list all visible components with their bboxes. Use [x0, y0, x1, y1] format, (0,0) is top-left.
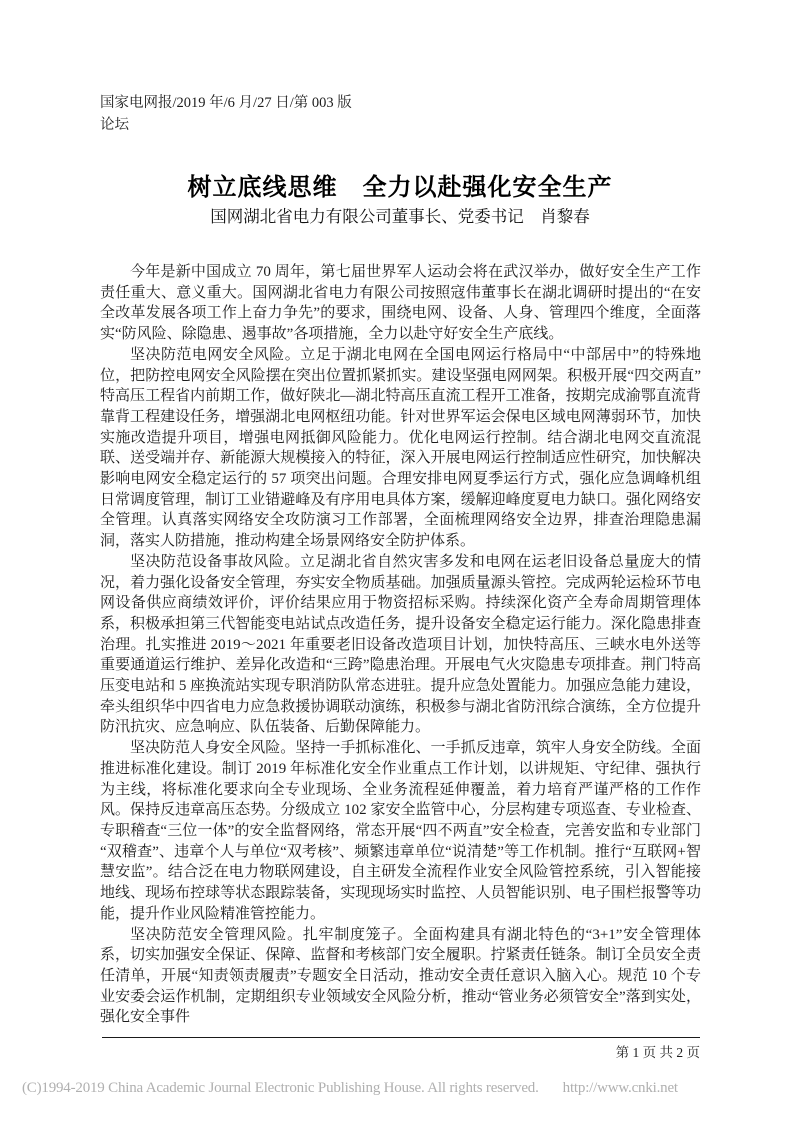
copyright-notice: (C)1994-2019 China Academic Journal Elec…: [22, 1080, 782, 1097]
masthead: 国家电网报/2019 年/6 月/27 日/第 003 版 论坛: [100, 92, 700, 136]
author-byline: 国网湖北省电力有限公司董事长、党委书记 肖黎春: [96, 203, 704, 227]
paragraph: 坚决防范安全管理风险。扎牢制度笼子。全面构建具有湖北特色的“3+1”安全管理体系…: [100, 925, 701, 1029]
document-page: 国家电网报/2019 年/6 月/27 日/第 003 版 论坛 树立底线思维 …: [0, 0, 793, 1122]
paragraph: 坚决防范电网安全风险。立足于湖北电网在全国电网运行格局中“中部居中”的特殊地位，…: [100, 345, 701, 552]
paragraph: 坚决防范人身安全风险。坚持一手抓标准化、一手抓反违章，筑牢人身安全防线。全面推进…: [100, 738, 701, 924]
copyright-url: http://www.cnki.net: [563, 1080, 678, 1096]
masthead-source-line: 国家电网报/2019 年/6 月/27 日/第 003 版: [100, 92, 700, 114]
paragraph: 今年是新中国成立 70 周年，第七届世界军人运动会将在武汉举办，做好安全生产工作…: [100, 262, 701, 345]
masthead-section-line: 论坛: [100, 114, 700, 136]
paragraph: 坚决防范设备事故风险。立足湖北省自然灾害多发和电网在运老旧设备总量庞大的情况，着…: [100, 552, 701, 738]
footer-divider: [102, 1037, 700, 1038]
copyright-text: (C)1994-2019 China Academic Journal Elec…: [22, 1080, 539, 1096]
article-body: 今年是新中国成立 70 周年，第七届世界军人运动会将在武汉举办，做好安全生产工作…: [100, 262, 701, 1028]
page-indicator: 第 1 页 共 2 页: [100, 1041, 700, 1061]
article-title: 树立底线思维 全力以赴强化安全生产: [96, 167, 704, 202]
